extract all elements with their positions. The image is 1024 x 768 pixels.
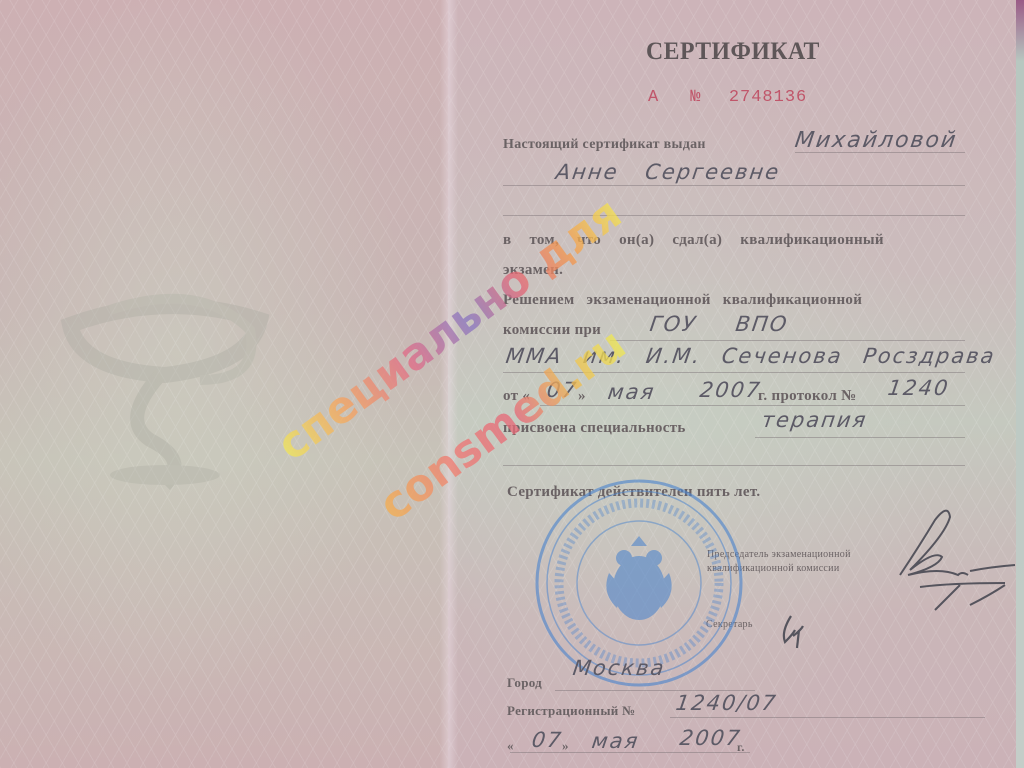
institution-line1-rule (610, 340, 965, 341)
city-label: Город (507, 675, 542, 691)
city-value: Москва (571, 656, 667, 680)
protocol-label: г. протокол № (758, 388, 856, 405)
recipient-name: Анне Сергеевне (554, 160, 782, 184)
registration-line (670, 717, 985, 718)
registration-number: 1240/07 (674, 691, 779, 715)
secretary-signature (773, 612, 813, 652)
serial-number-sign: № (690, 88, 701, 107)
certificate-title: СЕРТИФИКАТ (646, 38, 820, 66)
exam-date-month: мая (606, 380, 657, 404)
name-line (503, 185, 965, 186)
reg-date-year: 2007 (678, 726, 743, 750)
reg-date-month: мая (590, 729, 641, 753)
reg-date-line (510, 752, 750, 753)
exam-date-year: 2007 (698, 378, 763, 402)
registration-label: Регистрационный № (507, 703, 636, 719)
bowl-of-hygieia-icon (50, 270, 280, 490)
chairman-signature (880, 505, 1024, 615)
specialty-blank-line (503, 465, 965, 466)
serial-number: А № 2748136 (648, 88, 807, 107)
decision-text: Решением экзаменационной квалификационно… (503, 292, 862, 309)
reg-date-day: 07 (530, 728, 564, 752)
page-fold (440, 0, 458, 768)
institution-line1: ГОУ ВПО (648, 312, 790, 336)
double-headed-eagle-icon (606, 536, 671, 620)
specialty-line (755, 437, 965, 438)
recipient-surname: Михайловой (793, 128, 959, 153)
protocol-number: 1240 (886, 376, 951, 400)
serial-series: А (648, 88, 659, 107)
date-line (540, 405, 965, 406)
specialty-value: терапия (760, 408, 869, 432)
serial-number-value: 2748136 (729, 88, 807, 107)
page-edge (1016, 0, 1024, 768)
surname-line (795, 152, 965, 153)
issued-to-label: Настоящий сертификат выдан (503, 137, 706, 153)
